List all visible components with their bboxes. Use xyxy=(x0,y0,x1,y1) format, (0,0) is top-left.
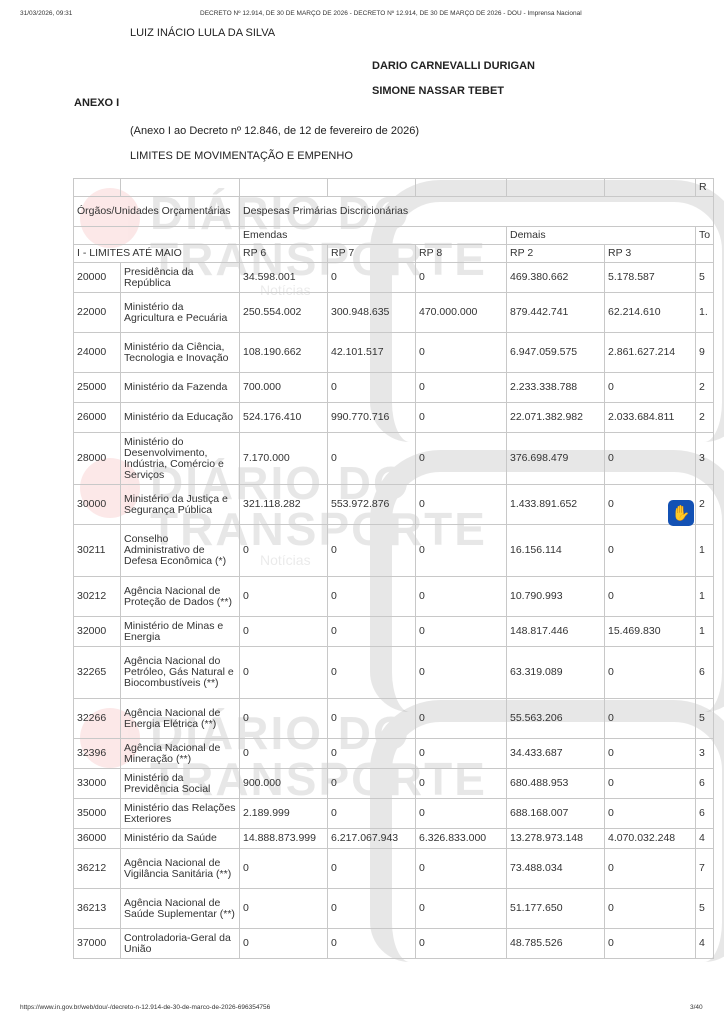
org-name-cell: Agência Nacional de Mineração (**) xyxy=(121,739,240,769)
rp3-cell: 0 xyxy=(605,799,696,829)
print-page-number: 3/40 xyxy=(690,1004,703,1011)
rp3-cell: 0 xyxy=(605,849,696,889)
org-name-cell: Ministério da Educação xyxy=(121,403,240,433)
rp3-cell: 4.070.032.248 xyxy=(605,829,696,849)
libras-accessibility-button[interactable]: ✋ xyxy=(668,500,694,526)
rp3-cell: 0 xyxy=(605,373,696,403)
rp8-cell: 0 xyxy=(416,525,507,577)
rp2-cell: 16.156.114 xyxy=(507,525,605,577)
org-code-cell: 33000 xyxy=(74,769,121,799)
truncated-total-cell: 2 xyxy=(696,403,714,433)
truncated-total-cell: 1 xyxy=(696,525,714,577)
rp6-cell: 0 xyxy=(240,577,328,617)
org-name-cell: Ministério da Ciência, Tecnologia e Inov… xyxy=(121,333,240,373)
rp8-cell: 6.326.833.000 xyxy=(416,829,507,849)
rp7-cell: 0 xyxy=(328,617,416,647)
table-row: 37000Controladoria-Geral da União00048.7… xyxy=(74,929,714,959)
rp3-cell: 0 xyxy=(605,929,696,959)
rp3-cell: 0 xyxy=(605,577,696,617)
rp6-cell: 2.189.999 xyxy=(240,799,328,829)
truncated-total-cell: 1. xyxy=(696,293,714,333)
org-code-cell: 26000 xyxy=(74,403,121,433)
org-code-cell: 32266 xyxy=(74,699,121,739)
rp6-cell: 0 xyxy=(240,849,328,889)
column-header-truncated xyxy=(696,245,714,263)
print-url: https://www.in.gov.br/web/dou/-/decreto-… xyxy=(20,1004,270,1011)
rp8-cell: 0 xyxy=(416,373,507,403)
org-name-cell: Ministério do Desenvolvimento, Indústria… xyxy=(121,433,240,485)
rp7-cell: 0 xyxy=(328,525,416,577)
org-name-cell: Ministério da Agricultura e Pecuária xyxy=(121,293,240,333)
table-row: 30212Agência Nacional de Proteção de Dad… xyxy=(74,577,714,617)
rp2-cell: 73.488.034 xyxy=(507,849,605,889)
rp2-cell: 55.563.206 xyxy=(507,699,605,739)
subheader-blank-cell xyxy=(74,227,240,245)
rp6-cell: 108.190.662 xyxy=(240,333,328,373)
subgroup-demais: Demais xyxy=(507,227,696,245)
table-header-blank-row: R xyxy=(74,179,714,197)
org-code-cell: 30212 xyxy=(74,577,121,617)
org-name-cell: Agência Nacional do Petróleo, Gás Natura… xyxy=(121,647,240,699)
org-name-cell: Agência Nacional de Saúde Suplementar (*… xyxy=(121,889,240,929)
truncated-total-cell: 2 xyxy=(696,485,714,525)
truncated-total-cell: 6 xyxy=(696,647,714,699)
rp3-cell: 2.033.684.811 xyxy=(605,403,696,433)
rp6-cell: 14.888.873.999 xyxy=(240,829,328,849)
org-name-cell: Conselho Administrativo de Defesa Econôm… xyxy=(121,525,240,577)
rp6-cell: 0 xyxy=(240,647,328,699)
rp8-cell: 0 xyxy=(416,433,507,485)
sign-language-hands-icon: ✋ xyxy=(672,504,691,522)
org-code-cell: 32396 xyxy=(74,739,121,769)
rp6-cell: 7.170.000 xyxy=(240,433,328,485)
annex-reference: (Anexo I ao Decreto nº 12.846, de 12 de … xyxy=(130,125,419,137)
rp7-cell: 0 xyxy=(328,739,416,769)
rp6-cell: 900.000 xyxy=(240,769,328,799)
rp6-cell: 700.000 xyxy=(240,373,328,403)
truncated-total-cell: 3 xyxy=(696,433,714,485)
rp7-cell: 0 xyxy=(328,769,416,799)
org-name-cell: Agência Nacional de Vigilância Sanitária… xyxy=(121,849,240,889)
table-subheader-row: Emendas Demais To xyxy=(74,227,714,245)
rp2-cell: 879.442.741 xyxy=(507,293,605,333)
limits-table: R Órgãos/Unidades Orçamentárias Despesas… xyxy=(73,178,714,959)
rp7-cell: 553.972.876 xyxy=(328,485,416,525)
rp8-cell: 470.000.000 xyxy=(416,293,507,333)
print-date: 31/03/2026, 09:31 xyxy=(20,10,72,17)
rp8-cell: 0 xyxy=(416,929,507,959)
annex-title: ANEXO I xyxy=(74,97,119,109)
rp8-cell: 0 xyxy=(416,769,507,799)
table-row: 36213Agência Nacional de Saúde Suplement… xyxy=(74,889,714,929)
truncated-total-cell: 6 xyxy=(696,799,714,829)
rp7-cell: 0 xyxy=(328,799,416,829)
rp2-cell: 63.319.089 xyxy=(507,647,605,699)
rp7-cell: 6.217.067.943 xyxy=(328,829,416,849)
rp2-cell: 10.790.993 xyxy=(507,577,605,617)
signature-president: LUIZ INÁCIO LULA DA SILVA xyxy=(130,27,275,39)
column-header-rp6: RP 6 xyxy=(240,245,328,263)
header-truncated-cell: R xyxy=(696,179,714,197)
section-label: I - LIMITES ATÉ MAIO xyxy=(74,245,240,263)
org-code-cell: 30211 xyxy=(74,525,121,577)
truncated-total-cell: 1 xyxy=(696,577,714,617)
truncated-total-cell: 2 xyxy=(696,373,714,403)
column-header-rp7: RP 7 xyxy=(328,245,416,263)
org-name-cell: Controladoria-Geral da União xyxy=(121,929,240,959)
org-column-header: Órgãos/Unidades Orçamentárias xyxy=(74,197,240,227)
org-name-cell: Ministério da Justiça e Segurança Públic… xyxy=(121,485,240,525)
group-header: Despesas Primárias Discricionárias xyxy=(240,197,714,227)
truncated-total-cell: 7 xyxy=(696,849,714,889)
table-row: 26000Ministério da Educação524.176.41099… xyxy=(74,403,714,433)
table-row: 32396Agência Nacional de Mineração (**)0… xyxy=(74,739,714,769)
org-code-cell: 30000 xyxy=(74,485,121,525)
table-row: 30000Ministério da Justiça e Segurança P… xyxy=(74,485,714,525)
rp2-cell: 148.817.446 xyxy=(507,617,605,647)
org-code-cell: 24000 xyxy=(74,333,121,373)
truncated-total-cell: 5 xyxy=(696,263,714,293)
rp8-cell: 0 xyxy=(416,403,507,433)
rp6-cell: 0 xyxy=(240,699,328,739)
rp8-cell: 0 xyxy=(416,739,507,769)
rp2-cell: 1.433.891.652 xyxy=(507,485,605,525)
rp7-cell: 0 xyxy=(328,263,416,293)
rp2-cell: 680.488.953 xyxy=(507,769,605,799)
column-header-rp2: RP 2 xyxy=(507,245,605,263)
rp8-cell: 0 xyxy=(416,485,507,525)
org-code-cell: 32265 xyxy=(74,647,121,699)
header-blank-cell xyxy=(121,179,240,197)
rp2-cell: 688.168.007 xyxy=(507,799,605,829)
table-row: 24000Ministério da Ciência, Tecnologia e… xyxy=(74,333,714,373)
org-name-cell: Ministério da Previdência Social xyxy=(121,769,240,799)
truncated-total-cell: 9 xyxy=(696,333,714,373)
rp3-cell: 0 xyxy=(605,739,696,769)
header-blank-cell xyxy=(605,179,696,197)
header-blank-cell xyxy=(240,179,328,197)
rp3-cell: 5.178.587 xyxy=(605,263,696,293)
print-page-title: DECRETO Nº 12.914, DE 30 DE MARÇO DE 202… xyxy=(200,10,582,17)
rp7-cell: 0 xyxy=(328,849,416,889)
subgroup-emendas: Emendas xyxy=(240,227,507,245)
org-name-cell: Ministério da Saúde xyxy=(121,829,240,849)
org-name-cell: Presidência da República xyxy=(121,263,240,293)
rp3-cell: 15.469.830 xyxy=(605,617,696,647)
table-row: 32265Agência Nacional do Petróleo, Gás N… xyxy=(74,647,714,699)
truncated-total-cell: 3 xyxy=(696,739,714,769)
column-header-rp8: RP 8 xyxy=(416,245,507,263)
table-row: 28000Ministério do Desenvolvimento, Indú… xyxy=(74,433,714,485)
rp2-cell: 48.785.526 xyxy=(507,929,605,959)
subgroup-truncated: To xyxy=(696,227,714,245)
table-row: 20000Presidência da República34.598.0010… xyxy=(74,263,714,293)
rp6-cell: 321.118.282 xyxy=(240,485,328,525)
rp3-cell: 0 xyxy=(605,647,696,699)
org-code-cell: 35000 xyxy=(74,799,121,829)
rp8-cell: 0 xyxy=(416,617,507,647)
rp7-cell: 0 xyxy=(328,433,416,485)
org-name-cell: Ministério de Minas e Energia xyxy=(121,617,240,647)
rp7-cell: 0 xyxy=(328,889,416,929)
org-code-cell: 37000 xyxy=(74,929,121,959)
rp6-cell: 0 xyxy=(240,739,328,769)
rp7-cell: 300.948.635 xyxy=(328,293,416,333)
rp3-cell: 0 xyxy=(605,433,696,485)
table-header-row: Órgãos/Unidades Orçamentárias Despesas P… xyxy=(74,197,714,227)
column-header-rp3: RP 3 xyxy=(605,245,696,263)
header-blank-cell xyxy=(416,179,507,197)
rp8-cell: 0 xyxy=(416,799,507,829)
truncated-total-cell: 5 xyxy=(696,889,714,929)
rp3-cell: 0 xyxy=(605,769,696,799)
rp3-cell: 0 xyxy=(605,889,696,929)
truncated-total-cell: 4 xyxy=(696,929,714,959)
truncated-total-cell: 6 xyxy=(696,769,714,799)
rp3-cell: 0 xyxy=(605,699,696,739)
table-row: 36212Agência Nacional de Vigilância Sani… xyxy=(74,849,714,889)
org-code-cell: 36212 xyxy=(74,849,121,889)
rp6-cell: 34.598.001 xyxy=(240,263,328,293)
signature-minister-1: DARIO CARNEVALLI DURIGAN xyxy=(372,60,535,72)
rp8-cell: 0 xyxy=(416,263,507,293)
rp2-cell: 22.071.382.982 xyxy=(507,403,605,433)
rp6-cell: 524.176.410 xyxy=(240,403,328,433)
org-name-cell: Ministério da Fazenda xyxy=(121,373,240,403)
org-code-cell: 25000 xyxy=(74,373,121,403)
rp7-cell: 990.770.716 xyxy=(328,403,416,433)
rp3-cell: 0 xyxy=(605,525,696,577)
table-row: 35000Ministério das Relações Exteriores2… xyxy=(74,799,714,829)
org-code-cell: 36000 xyxy=(74,829,121,849)
rp2-cell: 6.947.059.575 xyxy=(507,333,605,373)
rp6-cell: 0 xyxy=(240,929,328,959)
rp7-cell: 0 xyxy=(328,699,416,739)
table-row: 32000Ministério de Minas e Energia000148… xyxy=(74,617,714,647)
rp8-cell: 0 xyxy=(416,889,507,929)
rp8-cell: 0 xyxy=(416,849,507,889)
rp6-cell: 250.554.002 xyxy=(240,293,328,333)
rp7-cell: 42.101.517 xyxy=(328,333,416,373)
annex-subtitle: LIMITES DE MOVIMENTAÇÃO E EMPENHO xyxy=(130,150,353,162)
org-code-cell: 28000 xyxy=(74,433,121,485)
rp2-cell: 34.433.687 xyxy=(507,739,605,769)
org-code-cell: 20000 xyxy=(74,263,121,293)
rp7-cell: 0 xyxy=(328,577,416,617)
org-name-cell: Agência Nacional de Energia Elétrica (**… xyxy=(121,699,240,739)
rp8-cell: 0 xyxy=(416,577,507,617)
rp2-cell: 2.233.338.788 xyxy=(507,373,605,403)
header-blank-cell xyxy=(74,179,121,197)
org-name-cell: Agência Nacional de Proteção de Dados (*… xyxy=(121,577,240,617)
table-row: 36000Ministério da Saúde14.888.873.9996.… xyxy=(74,829,714,849)
table-row: 33000Ministério da Previdência Social900… xyxy=(74,769,714,799)
rp3-cell: 62.214.610 xyxy=(605,293,696,333)
truncated-total-cell: 5 xyxy=(696,699,714,739)
rp2-cell: 376.698.479 xyxy=(507,433,605,485)
table-row: 22000Ministério da Agricultura e Pecuári… xyxy=(74,293,714,333)
org-code-cell: 36213 xyxy=(74,889,121,929)
rp6-cell: 0 xyxy=(240,617,328,647)
rp6-cell: 0 xyxy=(240,889,328,929)
rp6-cell: 0 xyxy=(240,525,328,577)
rp2-cell: 51.177.650 xyxy=(507,889,605,929)
org-name-cell: Ministério das Relações Exteriores xyxy=(121,799,240,829)
rp7-cell: 0 xyxy=(328,373,416,403)
header-blank-cell xyxy=(328,179,416,197)
table-row: 30211Conselho Administrativo de Defesa E… xyxy=(74,525,714,577)
org-code-cell: 22000 xyxy=(74,293,121,333)
rp3-cell: 2.861.627.214 xyxy=(605,333,696,373)
signature-minister-2: SIMONE NASSAR TEBET xyxy=(372,85,504,97)
rp2-cell: 469.380.662 xyxy=(507,263,605,293)
truncated-total-cell: 1 xyxy=(696,617,714,647)
rp2-cell: 13.278.973.148 xyxy=(507,829,605,849)
rp7-cell: 0 xyxy=(328,929,416,959)
rp8-cell: 0 xyxy=(416,647,507,699)
org-code-cell: 32000 xyxy=(74,617,121,647)
rp7-cell: 0 xyxy=(328,647,416,699)
rp8-cell: 0 xyxy=(416,333,507,373)
rp8-cell: 0 xyxy=(416,699,507,739)
table-row: 32266Agência Nacional de Energia Elétric… xyxy=(74,699,714,739)
table-columns-row: I - LIMITES ATÉ MAIO RP 6 RP 7 RP 8 RP 2… xyxy=(74,245,714,263)
truncated-total-cell: 4 xyxy=(696,829,714,849)
header-blank-cell xyxy=(507,179,605,197)
table-row: 25000Ministério da Fazenda700.000002.233… xyxy=(74,373,714,403)
